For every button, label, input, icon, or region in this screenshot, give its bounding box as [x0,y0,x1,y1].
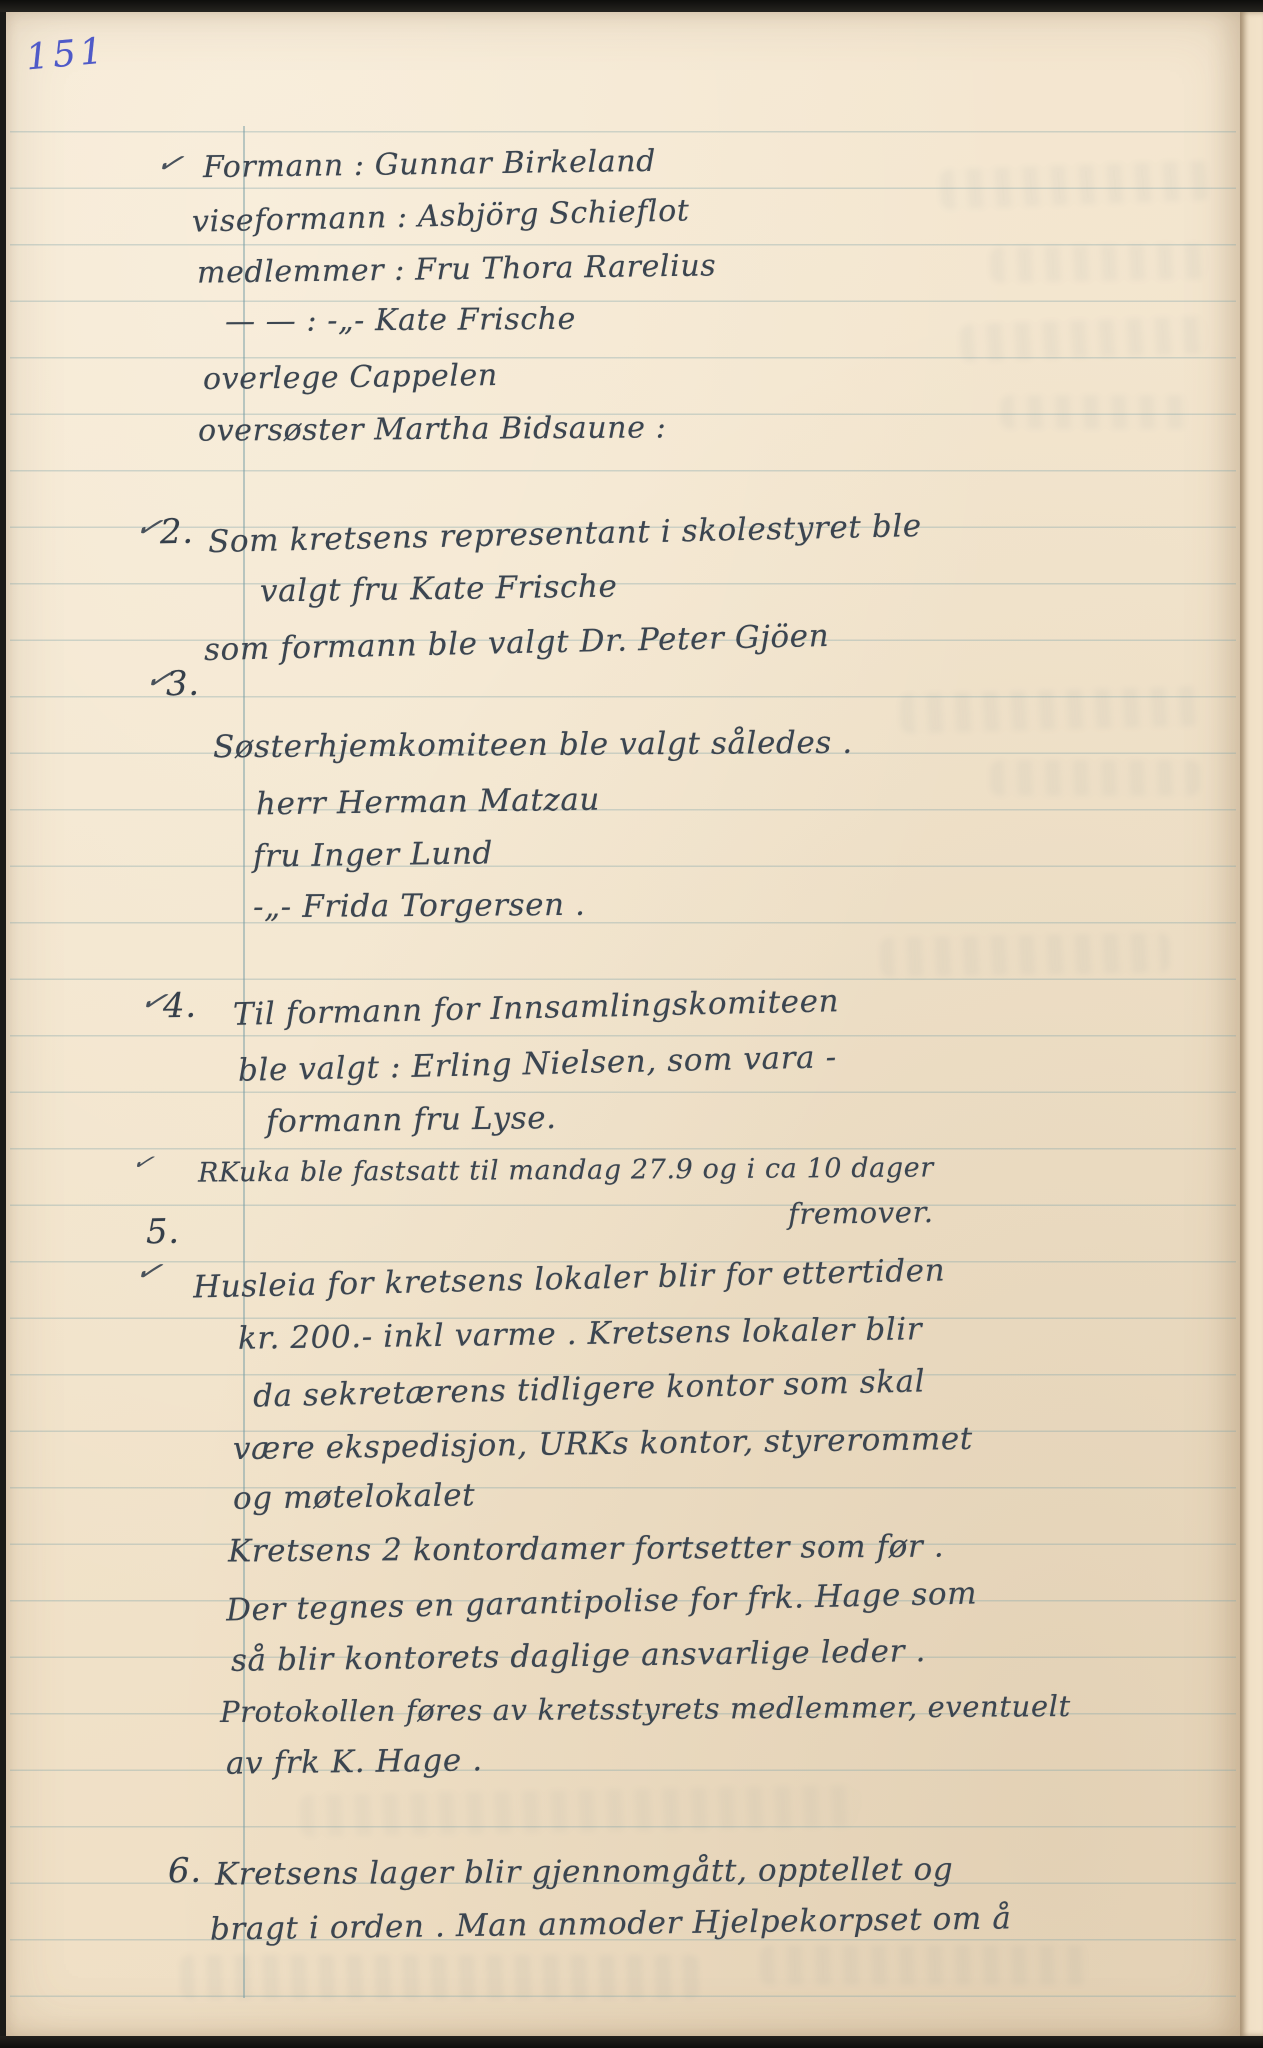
scan-edge-top [0,0,1263,12]
scanned-document: 151 ✓ ✓ ✓ ✓ ✓ ✓ Formann : Gunnar Birkela… [0,0,1263,2048]
handwritten-line: Kretsens 2 kontordamer fortsetter som fø… [228,1529,945,1570]
page-number: 151 [24,31,108,79]
handwritten-line: herr Herman Matzau [256,782,600,823]
handwritten-line: Kretsens lager blir gjennomgått, opptell… [215,1851,953,1892]
item-number: 2. [160,512,194,552]
underlying-page-edge [1240,12,1263,2036]
handwritten-line: formann fru Lyse. [266,1100,557,1140]
item-number: 4. [163,986,197,1026]
handwritten-line: overlege Cappelen [203,358,498,397]
handwritten-line: RKuka ble fastsatt til mandag 27.9 og i … [198,1152,934,1188]
handwritten-line: valgt fru Kate Frische [260,569,618,610]
handwritten-line: Formann : Gunnar Birkeland [203,144,656,185]
handwritten-line: -„- Frida Torgersen . [253,887,586,925]
handwritten-line: oversøster Martha Bidsaune : [198,410,667,448]
handwritten-line: fremover. [788,1195,934,1231]
handwritten-line: Protokollen føres av kretsstyrets medlem… [220,1689,1071,1729]
handwritten-line: medlemmer : Fru Thora Rarelius [197,248,717,290]
handwritten-line: Søsterhjemkomiteen ble valgt således . [213,725,853,765]
item-number: 3. [166,664,200,704]
scan-edge-bottom [0,2036,1263,2048]
item-number: 5. [146,1212,180,1252]
handwritten-line: — — : -„- Kate Frische [225,302,576,339]
handwritten-line: av frk K. Hage . [226,1742,483,1782]
item-number: 6. [168,1851,202,1891]
handwritten-line: og møtelokalet [233,1477,476,1516]
handwritten-line: fru Inger Lund [253,835,493,874]
